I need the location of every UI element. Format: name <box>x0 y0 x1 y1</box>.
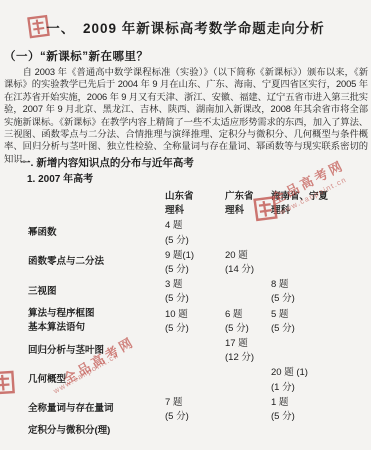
table-cell: 10 题(5 分) <box>165 307 225 336</box>
table-row: 幂函数4 题(5 分) <box>0 218 371 247</box>
table-cell <box>165 336 225 365</box>
table-cell: 9 题(1)(5 分) <box>165 248 225 277</box>
province-name: 山东省 <box>165 190 225 204</box>
exam-table: 山东省 理科 广东省 理科 海南省、宁夏 理科 幂函数4 题(5 分)函数零点与… <box>0 189 371 438</box>
table-cell <box>165 365 225 394</box>
table-cell <box>165 424 225 438</box>
row-label: 全称量词与存在量词 <box>0 395 165 424</box>
table-cell <box>271 248 371 277</box>
table-cell <box>271 218 371 247</box>
page-title: 一、 2009 年新课标高考数学命题走向分析 <box>0 17 371 37</box>
table-cell: 5 题(5 分) <box>271 307 371 336</box>
section-subtitle: （一）“新课标”新在哪里？ <box>4 48 149 64</box>
row-label: 函数零点与二分法 <box>0 248 165 277</box>
table-cell <box>225 424 271 438</box>
exam-table-body: 幂函数4 题(5 分)函数零点与二分法9 题(1)(5 分)20 题(14 分)… <box>0 218 371 438</box>
table-row: 定积分与微积分(理) <box>0 424 371 438</box>
table-cell: 20 题 (1)(1 分) <box>271 365 371 394</box>
column-header-guangdong: 广东省 理科 <box>225 189 271 218</box>
province-name: 广东省 <box>225 190 271 204</box>
province-name: 海南省、宁夏 <box>271 190 371 204</box>
table-cell <box>271 336 371 365</box>
table-row: 算法与程序框图基本算法语句10 题(5 分)6 题(5 分)5 题(5 分) <box>0 307 371 336</box>
table-cell <box>225 277 271 306</box>
table-cell <box>271 424 371 438</box>
table-cell <box>225 395 271 424</box>
track-name: 理科 <box>225 204 271 218</box>
row-label: 定积分与微积分(理) <box>0 424 165 438</box>
row-label: 幂函数 <box>0 218 165 247</box>
column-header-shandong: 山东省 理科 <box>165 189 225 218</box>
table-row: 几何概型20 题 (1)(1 分) <box>0 365 371 394</box>
table-cell: 7 题(5 分) <box>165 395 225 424</box>
row-label: 回归分析与茎叶图 <box>0 336 165 365</box>
track-name: 理科 <box>165 204 225 218</box>
column-header-hainan-ningxia: 海南省、宁夏 理科 <box>271 189 371 218</box>
section-heading: 一. 新增内容知识点的分布与近年高考 <box>20 155 194 170</box>
table-header-row: 山东省 理科 广东省 理科 海南省、宁夏 理科 <box>0 189 371 218</box>
intro-paragraph: 自 2003 年《普通高中数学课程标准（实验）》（以下简称《新课标》）颁布以来，… <box>4 66 368 165</box>
table-cell: 3 题(5 分) <box>165 277 225 306</box>
table-cell: 4 题(5 分) <box>165 218 225 247</box>
row-label: 几何概型 <box>0 365 165 394</box>
table-cell: 20 题(14 分) <box>225 248 271 277</box>
table-row: 函数零点与二分法9 题(1)(5 分)20 题(14 分) <box>0 248 371 277</box>
table-cell: 8 题(5 分) <box>271 277 371 306</box>
table-cell <box>225 365 271 394</box>
subsection-heading: 1. 2007 年高考 <box>27 170 93 185</box>
document-page: 一、 2009 年新课标高考数学命题走向分析 （一）“新课标”新在哪里？ 自 2… <box>0 0 371 450</box>
table-row: 三视图3 题(5 分)8 题(5 分) <box>0 277 371 306</box>
table-row: 全称量词与存在量词7 题(5 分)1 题(5 分) <box>0 395 371 424</box>
row-label: 算法与程序框图基本算法语句 <box>0 307 165 336</box>
table-cell: 17 题(12 分) <box>225 336 271 365</box>
track-name: 理科 <box>271 204 371 218</box>
table-cell <box>225 218 271 247</box>
table-cell: 1 题(5 分) <box>271 395 371 424</box>
table-row: 回归分析与茎叶图17 题(12 分) <box>0 336 371 365</box>
table-cell: 6 题(5 分) <box>225 307 271 336</box>
row-label: 三视图 <box>0 277 165 306</box>
row-label <box>0 189 165 218</box>
